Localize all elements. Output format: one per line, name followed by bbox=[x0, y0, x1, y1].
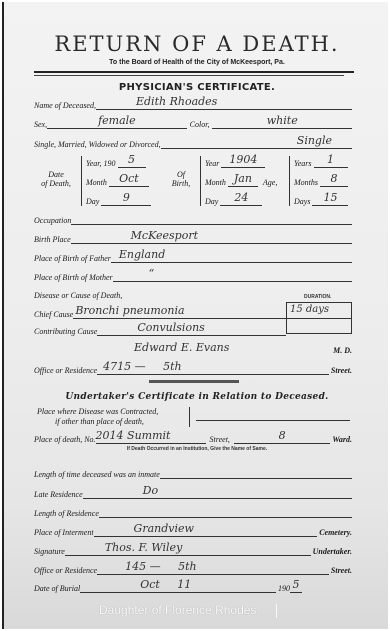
field-label: Year bbox=[205, 159, 219, 168]
dates-and-age-block: Date of Death, Year, 190 5 Month Oct Day… bbox=[34, 152, 354, 212]
field-label: Day bbox=[205, 197, 218, 206]
age-years: Years 1 bbox=[294, 154, 348, 168]
brace bbox=[200, 156, 201, 206]
field-value: Do bbox=[83, 485, 352, 499]
field-value: 145 — 5th bbox=[97, 561, 329, 575]
label-line: Place where Disease was Contracted, bbox=[37, 407, 187, 417]
label-line: Date bbox=[34, 170, 78, 179]
field-label: Month bbox=[205, 178, 226, 187]
field-place-contracted-value bbox=[196, 420, 350, 421]
field-label: Street, bbox=[210, 435, 230, 444]
label-line: if other than place of death, bbox=[37, 417, 187, 427]
field-value bbox=[99, 504, 352, 518]
field-label: Date of Burial bbox=[34, 584, 80, 593]
field-label: Days bbox=[294, 197, 310, 206]
physician-signature: Edward E. Evans M. D. bbox=[124, 341, 352, 355]
field-father-birth-place: Place of Birth of Father England bbox=[34, 249, 352, 263]
field-label: Day bbox=[86, 197, 99, 206]
field-marital-status: Single, Married, Widowed or Divorced, Si… bbox=[34, 135, 352, 149]
field-value: Bronchi pneumonia bbox=[73, 305, 286, 319]
field-label: Place of Birth of Father bbox=[34, 254, 111, 263]
field-label: Place of Birth of Mother bbox=[34, 273, 113, 282]
field-value: Grandview bbox=[94, 523, 318, 537]
field-chief-cause: Chief Cause Bronchi pneumonia bbox=[34, 305, 286, 319]
field-value: Single bbox=[161, 135, 352, 149]
brace bbox=[81, 156, 82, 206]
signature-value: Edward E. Evans bbox=[124, 342, 331, 355]
caption-cursor-mark bbox=[276, 604, 277, 618]
document-subtitle: To the Board of Health of the City of Mc… bbox=[4, 59, 388, 66]
field-suffix: Street. bbox=[331, 566, 352, 575]
field-value: 24 bbox=[220, 192, 262, 206]
field-value: Oct bbox=[109, 173, 149, 187]
field-label: Disease or Cause of Death, bbox=[34, 291, 122, 300]
field-value-sex: female bbox=[47, 115, 187, 129]
field-value: 5 bbox=[118, 154, 146, 168]
field-value-address: 2014 Summit bbox=[96, 430, 206, 444]
field-value: Edith Rhoades bbox=[96, 96, 352, 110]
field-label: Late Residence bbox=[34, 490, 83, 499]
field-label: Year, 190 bbox=[86, 159, 116, 168]
label-line: Birth, bbox=[164, 179, 198, 188]
field-label: Place of death, No. bbox=[34, 435, 96, 444]
field-name-of-deceased: Name of Deceased, Edith Rhoades bbox=[34, 96, 352, 110]
field-value bbox=[71, 211, 352, 225]
chief-cause-duration: 15 days bbox=[287, 303, 351, 319]
field-label: Sex, bbox=[34, 120, 47, 129]
date-of-death-label: Date of Death, bbox=[34, 170, 78, 188]
death-year: Year, 190 5 bbox=[86, 154, 146, 168]
field-residence-length: Length of Residence bbox=[34, 504, 352, 518]
brace bbox=[189, 407, 190, 427]
field-label: Office or Residence bbox=[34, 366, 97, 375]
undertaker-section-heading: Undertaker's Certificate in Relation to … bbox=[4, 392, 388, 402]
field-label: Length of time deceased was an inmate bbox=[34, 470, 160, 479]
field-value: 4715 — 5th bbox=[97, 361, 329, 375]
photo-caption: Daughter of Florence Rhodes bbox=[99, 603, 256, 617]
field-value: “ bbox=[113, 268, 352, 282]
field-label: Chief Cause bbox=[34, 310, 73, 319]
age-months: Months 8 bbox=[294, 173, 348, 187]
death-certificate-photo: RETURN OF A DEATH. To the Board of Healt… bbox=[2, 2, 388, 629]
field-date-of-burial: Date of Burial Oct 11 190 5 bbox=[34, 579, 302, 593]
field-value: 9 bbox=[101, 192, 151, 206]
field-occupation: Occupation bbox=[34, 211, 352, 225]
institution-note: If Death Occurred in an Institution, Giv… bbox=[4, 446, 388, 452]
field-value: 5 bbox=[290, 579, 302, 593]
field-inmate-length: Length of time deceased was an inmate bbox=[34, 465, 352, 479]
field-label: Occupation bbox=[34, 216, 71, 225]
field-suffix: Cemetery. bbox=[319, 528, 352, 537]
field-label: Color, bbox=[190, 120, 210, 129]
death-certificate: RETURN OF A DEATH. To the Board of Healt… bbox=[4, 2, 388, 629]
field-physician-office: Office or Residence 4715 — 5th Street. bbox=[34, 361, 352, 375]
field-contributing-cause: Contributing Cause Convulsions bbox=[34, 322, 286, 336]
field-value: England bbox=[111, 249, 352, 263]
field-suffix: M. D. bbox=[333, 346, 352, 355]
field-interment: Place of Interment Grandview Cemetery. bbox=[34, 523, 352, 537]
field-place-of-death: Place of death, No. 2014 Summit Street, … bbox=[34, 430, 352, 444]
field-label: 190 bbox=[278, 584, 290, 593]
field-value: Thos. F. Wiley bbox=[65, 542, 311, 556]
field-label: Length of Residence bbox=[34, 509, 99, 518]
field-birth-place: Birth Place McKeesport bbox=[34, 230, 352, 244]
field-sex-color: Sex, female Color, white bbox=[34, 115, 352, 129]
field-value: Jan bbox=[228, 173, 258, 187]
field-label: Office or Residence bbox=[34, 566, 97, 575]
field-suffix: Street. bbox=[331, 366, 352, 375]
divider bbox=[149, 380, 239, 383]
date-of-birth-label: Of Birth, bbox=[164, 170, 198, 188]
field-suffix: Undertaker. bbox=[313, 547, 352, 556]
death-month: Month Oct bbox=[86, 173, 149, 187]
divider bbox=[34, 71, 354, 73]
field-label: Place of Interment bbox=[34, 528, 94, 537]
duration-box: 15 days bbox=[286, 302, 352, 334]
label-line: Of bbox=[164, 170, 198, 179]
field-value bbox=[160, 465, 352, 479]
field-mother-birth-place: Place of Birth of Mother “ bbox=[34, 268, 352, 282]
field-suffix: Ward. bbox=[332, 435, 352, 444]
document-title: RETURN OF A DEATH. bbox=[4, 32, 388, 56]
physician-section-heading: PHYSICIAN'S CERTIFICATE. bbox=[4, 82, 388, 93]
divider bbox=[34, 75, 344, 76]
death-day: Day 9 bbox=[86, 192, 151, 206]
field-label: Single, Married, Widowed or Divorced, bbox=[34, 140, 161, 149]
field-late-residence: Late Residence Do bbox=[34, 485, 352, 499]
field-place-contracted-label: Place where Disease was Contracted, if o… bbox=[37, 407, 187, 427]
field-label: Signature bbox=[34, 547, 65, 556]
field-value: 1904 bbox=[221, 154, 265, 168]
field-undertaker-signature: Signature Thos. F. Wiley Undertaker. bbox=[34, 542, 352, 556]
field-label: Birth Place bbox=[34, 235, 71, 244]
field-label: Months bbox=[294, 178, 318, 187]
age-label: Age, bbox=[263, 178, 277, 187]
birth-year: Year 1904 bbox=[205, 154, 265, 168]
field-value: McKeesport bbox=[71, 230, 352, 244]
field-value-ward: 8 bbox=[234, 430, 330, 444]
field-value: 8 bbox=[320, 173, 348, 187]
brace bbox=[289, 156, 290, 206]
field-value: 15 bbox=[312, 192, 348, 206]
field-value: 1 bbox=[314, 154, 348, 168]
duration-label: DURATION. bbox=[304, 294, 331, 300]
contributing-cause-duration bbox=[287, 319, 351, 334]
field-label: Contributing Cause bbox=[34, 327, 97, 336]
field-value-color: white bbox=[212, 115, 352, 129]
field-undertaker-office: Office or Residence 145 — 5th Street. bbox=[34, 561, 352, 575]
birth-month: Month Jan Age, bbox=[205, 173, 279, 187]
label-line: of Death, bbox=[34, 179, 78, 188]
field-value: Oct 11 bbox=[80, 579, 276, 593]
birth-day: Day 24 bbox=[205, 192, 262, 206]
field-label: Name of Deceased, bbox=[34, 101, 96, 110]
field-value: Convulsions bbox=[97, 322, 286, 336]
field-label: Years bbox=[294, 159, 312, 168]
field-label: Month bbox=[86, 178, 107, 187]
age-days: Days 15 bbox=[294, 192, 348, 206]
